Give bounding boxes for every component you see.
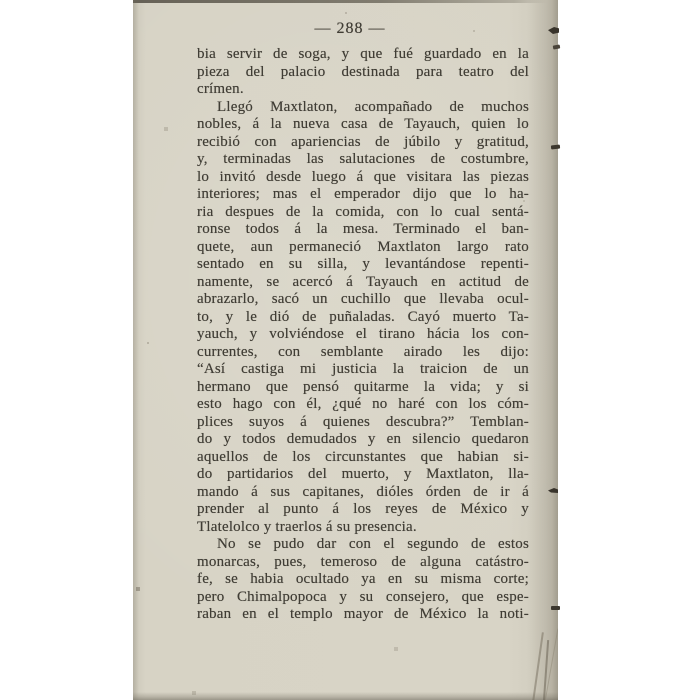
text-line: quete, aun permaneció Maxtlaton largo ra… xyxy=(197,239,529,257)
text-line: nobles, á la nueva casa de Tayauch, quie… xyxy=(197,116,529,134)
text-line: sentado en su silla, y levantándose repe… xyxy=(197,256,529,274)
text-line: yauch, y volviéndose el tirano hácia los… xyxy=(197,326,529,344)
text-line: abrazarlo, sacó un cuchillo que llevaba … xyxy=(197,291,529,309)
text-line: hermano que pensó quitarme la vida; y si xyxy=(197,379,529,397)
text-line: do y todos demudados y en silencio queda… xyxy=(197,431,529,449)
page-text: bia servir de soga, y que fué guardado e… xyxy=(197,46,529,624)
text-line: to, y le dió de puñaladas. Cayó muerto T… xyxy=(197,309,529,327)
page-bottom-edge-shade xyxy=(133,692,558,700)
book-page: — 288 — bia servir de soga, y que fué gu… xyxy=(133,0,558,700)
text-line: aquellos de los circunstantes que habian… xyxy=(197,449,529,467)
text-line: currentes, con semblante airado les dijo… xyxy=(197,344,529,362)
text-line: esto hago con él, ¿qué no haré con los c… xyxy=(197,396,529,414)
scan-background: — 288 — bia servir de soga, y que fué gu… xyxy=(0,0,700,700)
page-number: — 288 — xyxy=(184,20,516,38)
text-line: namente, se acercó á Tayauch en actitud … xyxy=(197,274,529,292)
page-top-edge-shadow xyxy=(133,0,547,3)
text-line: interiores; mas el emperador dijo que lo… xyxy=(197,186,529,204)
text-line: mando á sus capitanes, dióles órden de i… xyxy=(197,484,529,502)
text-line: y, terminadas las salutaciones de costum… xyxy=(197,151,529,169)
text-line: ronse todos á la mesa. Terminado el ban- xyxy=(197,221,529,239)
text-line: Llegó Maxtlaton, acompañado de muchos xyxy=(197,99,529,117)
binding-stitch-mark xyxy=(553,44,561,49)
text-line: Tlatelolco y traerlos á su presencia. xyxy=(197,519,529,537)
text-line: lo invitó desde luego á que visitara las… xyxy=(197,169,529,187)
text-line: pero Chimalpopoca y su consejero, que es… xyxy=(197,589,529,607)
text-line: plices suyos á quienes descubra?” Tembla… xyxy=(197,414,529,432)
text-line: raban en el templo mayor de México la no… xyxy=(197,606,529,624)
text-line: bia servir de soga, y que fué guardado e… xyxy=(197,46,529,64)
text-line: recibió con apariencias de júbilo y grat… xyxy=(197,134,529,152)
text-line: No se pudo dar con el segundo de estos xyxy=(197,536,529,554)
text-line: crímen. xyxy=(197,81,529,99)
text-line: monarcas, pues, temeroso de alguna catás… xyxy=(197,554,529,572)
binding-stitch-mark xyxy=(551,606,560,610)
text-line: prender al punto á los reyes de México y xyxy=(197,501,529,519)
paper-specks xyxy=(133,0,135,2)
text-line: “Así castiga mi justicia la traicion de … xyxy=(197,361,529,379)
page-left-edge-shade xyxy=(133,0,139,700)
binding-stitch-mark xyxy=(551,145,560,150)
text-line: fe, se habia ocultado ya en su misma cor… xyxy=(197,571,529,589)
text-line: ria despues de la comida, con lo cual se… xyxy=(197,204,529,222)
text-line: pieza del palacio destinada para teatro … xyxy=(197,64,529,82)
text-line: do partidarios del muerto, y Maxtlaton, … xyxy=(197,466,529,484)
page-right-edge-shade xyxy=(528,0,558,700)
